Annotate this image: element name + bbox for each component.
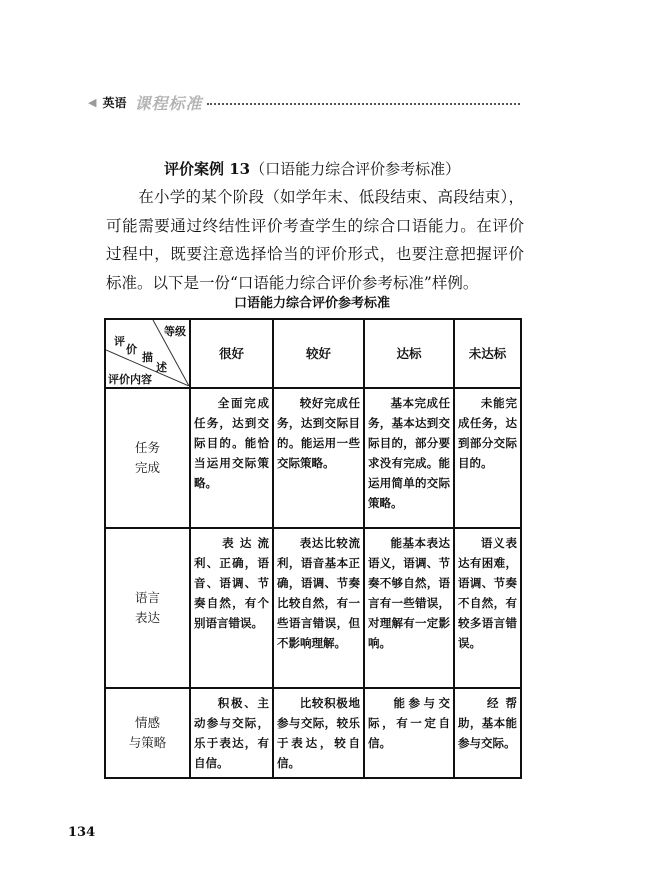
cell-text: 能参与交际，有一定自信。: [368, 696, 450, 750]
cell-text: 表达比较流利，语音基本正确，语调、节奏比较自然，有一些语言错误，但不影响理解。: [277, 536, 360, 650]
row-label-task-completion: 任务 完成: [105, 388, 190, 528]
cell-text: 全面完成任务，达到交际目的。能恰当运用交际策略。: [194, 396, 269, 490]
case-title: 评价案例 13（口语能力综合评价参考标准）: [164, 158, 460, 179]
running-header: ◀ 英语 课程标准: [88, 92, 520, 112]
case-paragraph: 在小学的某个阶段（如学年末、低段结束、高段结束），可能需要通过终结性评价考查学生…: [106, 188, 524, 292]
corner-header-cell: 等级 评 价 描 述 评价内容: [105, 319, 190, 388]
corner-desc-char-2: 价: [126, 340, 137, 360]
cell-text: 比较积极地参与交际，较乐于表达，较自信。: [277, 696, 360, 770]
table-cell: 能参与交际，有一定自信。: [364, 688, 454, 778]
table-cell: 较好完成任务，达到交际目的。能运用一些交际策略。: [273, 388, 364, 528]
case-title-subtitle: （口语能力综合评价参考标准）: [250, 160, 460, 178]
header-title: 课程标准: [134, 91, 202, 114]
row-label-line2: 与策略: [129, 735, 167, 750]
row-label-language-expression: 语言 表达: [105, 528, 190, 688]
rubric-table: 等级 评 价 描 述 评价内容 很好 较好 达标 未达标 任务 完成 全面完成任…: [104, 318, 522, 779]
row-label-line1: 任务: [135, 440, 160, 455]
column-header-good: 较好: [273, 319, 364, 388]
corner-content-label: 评价内容: [108, 370, 152, 390]
cell-text: 语义表达有困难，语调、节奏不自然，有较多语言错误。: [458, 536, 517, 650]
row-label-line2: 完成: [135, 460, 160, 475]
table-cell: 经帮助，基本能参与交际。: [454, 688, 521, 778]
table-header-row: 等级 评 价 描 述 评价内容 很好 较好 达标 未达标: [105, 319, 521, 388]
table-cell: 积极、主动参与交际，乐于表达，有自信。: [190, 688, 273, 778]
cell-text: 积极、主动参与交际，乐于表达，有自信。: [194, 696, 269, 770]
cell-text: 经帮助，基本能参与交际。: [458, 696, 517, 750]
table-cell: 全面完成任务，达到交际目的。能恰当运用交际策略。: [190, 388, 273, 528]
column-header-pass: 达标: [364, 319, 454, 388]
cell-text: 能基本表达语义，语调、节奏不够自然，语言有一些错误，对理解有一定影响。: [368, 536, 450, 650]
table-cell: 能基本表达语义，语调、节奏不够自然，语言有一些错误，对理解有一定影响。: [364, 528, 454, 688]
row-label-attitude-strategy: 情感 与策略: [105, 688, 190, 778]
diagonal-header: 等级 评 价 描 述 评价内容: [106, 320, 189, 386]
column-header-excellent: 很好: [190, 319, 273, 388]
table-cell: 表达流利、正确，语音、语调、节奏自然，有个别语言错误。: [190, 528, 273, 688]
table-cell: 语义表达有困难，语调、节奏不自然，有较多语言错误。: [454, 528, 521, 688]
case-paragraph-block: 在小学的某个阶段（如学年末、低段结束、高段结束），可能需要通过终结性评价考查学生…: [106, 183, 524, 297]
cell-text: 基本完成任务，基本达到交际目的，部分要求没有完成。能运用简单的交际策略。: [368, 396, 450, 510]
left-triangle-icon: ◀: [88, 96, 96, 109]
corner-grade-label: 等级: [164, 322, 186, 342]
corner-desc-char-1: 评: [114, 332, 125, 352]
table-cell: 未能完成任务，达到部分交际目的。: [454, 388, 521, 528]
page-number: 134: [68, 825, 95, 840]
corner-desc-char-4: 述: [156, 358, 167, 378]
table-cell: 表达比较流利，语音基本正确，语调、节奏比较自然，有一些语言错误，但不影响理解。: [273, 528, 364, 688]
header-subject: 英语: [102, 94, 126, 111]
column-header-fail: 未达标: [454, 319, 521, 388]
cell-text: 较好完成任务，达到交际目的。能运用一些交际策略。: [277, 396, 360, 470]
row-label-line1: 情感: [135, 715, 160, 730]
cell-text: 表达流利、正确，语音、语调、节奏自然，有个别语言错误。: [194, 536, 269, 630]
row-label-line1: 语言: [135, 590, 160, 605]
row-label-line2: 表达: [135, 610, 160, 625]
table-cell: 基本完成任务，基本达到交际目的，部分要求没有完成。能运用简单的交际策略。: [364, 388, 454, 528]
case-title-number: 评价案例 13: [164, 160, 250, 178]
table-cell: 比较积极地参与交际，较乐于表达，较自信。: [273, 688, 364, 778]
table-row-attitude-strategy: 情感 与策略 积极、主动参与交际，乐于表达，有自信。 比较积极地参与交际，较乐于…: [105, 688, 521, 778]
table-row-language-expression: 语言 表达 表达流利、正确，语音、语调、节奏自然，有个别语言错误。 表达比较流利…: [105, 528, 521, 688]
table-title: 口语能力综合评价参考标准: [104, 292, 520, 311]
table-row-task-completion: 任务 完成 全面完成任务，达到交际目的。能恰当运用交际策略。 较好完成任务，达到…: [105, 388, 521, 528]
header-dotted-rule: [207, 103, 521, 105]
corner-desc-char-3: 描: [142, 348, 153, 368]
cell-text: 未能完成任务，达到部分交际目的。: [458, 396, 517, 470]
